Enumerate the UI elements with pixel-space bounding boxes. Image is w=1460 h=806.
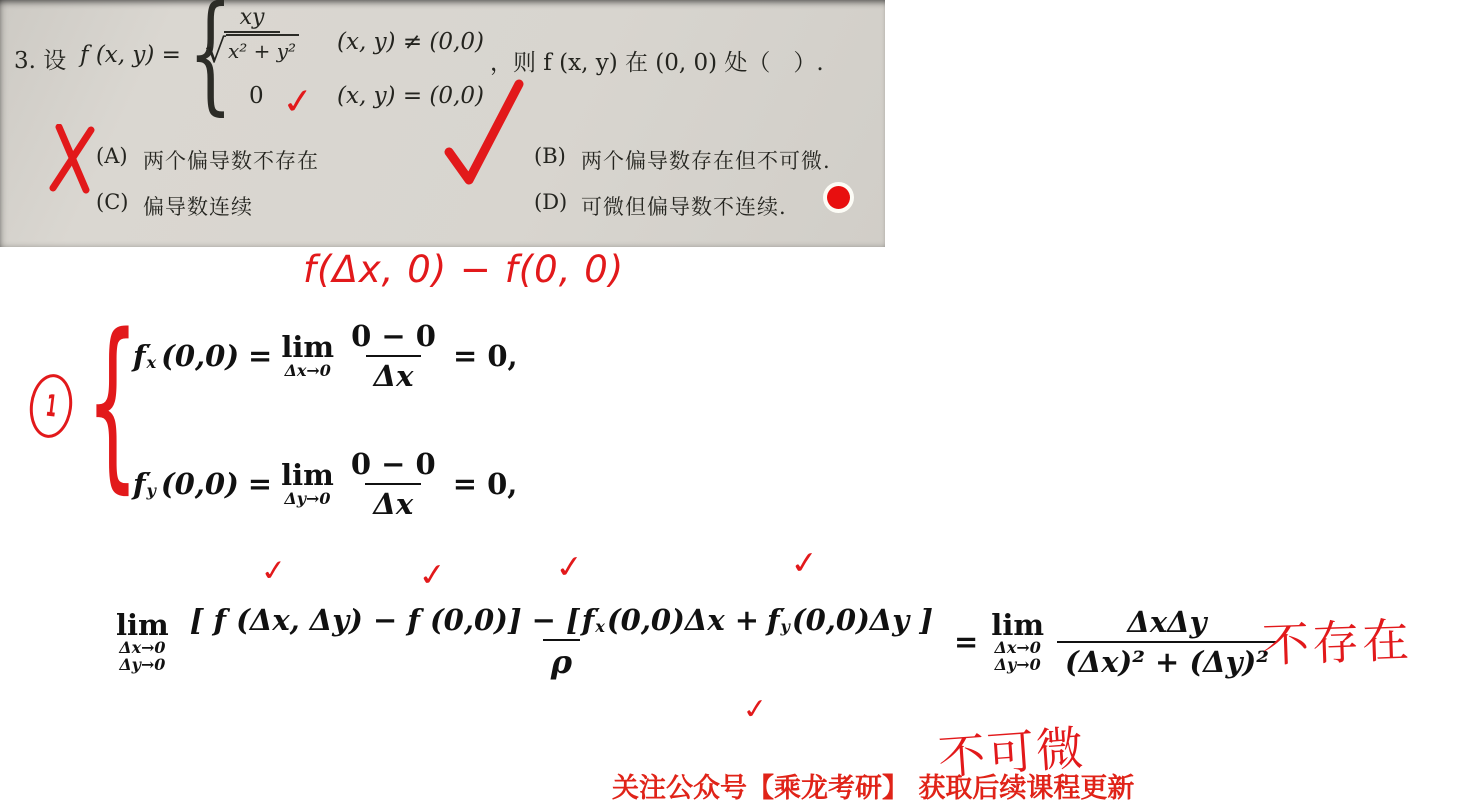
option-d-label: (D) (534, 190, 567, 214)
lim-subscript-2: Δy→0 (119, 657, 165, 674)
fraction-numerator: 0 − 0 (343, 319, 444, 355)
lim-word: lim (991, 610, 1044, 640)
right-denominator: (Δx)² + (Δy)² (1057, 641, 1277, 679)
check-icon: ✓ (258, 552, 289, 588)
piecewise-fraction: xy √ x² + y² (203, 5, 301, 67)
equals-sign: = (248, 467, 272, 501)
check-icon: ✓ (416, 556, 450, 595)
prime-mark: ′ (146, 473, 155, 486)
radical-sign: √ (205, 34, 226, 67)
equals-sign: = (248, 339, 272, 373)
handwritten-not-differentiable-note: 不可微 (936, 711, 1087, 788)
prime-mark: ′ (781, 609, 790, 622)
args: (0,0) (161, 467, 239, 501)
fy-term-tail: (0,0)Δy ] (792, 603, 933, 637)
numerator-open: [ f (Δx, Δy) − f (0,0)] − [ (190, 603, 580, 637)
check-icon: ✓ (740, 692, 770, 726)
formula-fy-derivative: f ′ y (0,0) = lim Δy→0 0 − 0 Δx = 0, (133, 438, 517, 530)
formula-differentiability-limit: lim Δx→0 Δy→0 [ f (Δx, Δy) − f (0,0)] − … (116, 572, 1277, 712)
f-symbol: f (133, 339, 145, 373)
lim-subscript: Δy→0 (284, 491, 330, 508)
check-icon: ✓ (553, 548, 587, 587)
option-c-text: 偏导数连续 (143, 191, 253, 221)
piecewise-zero: 0 (249, 83, 264, 109)
cross-icon (46, 124, 100, 196)
option-b-text: 两个偏导数存在但不可微. (581, 145, 831, 175)
problem-tail-text: ，则 f (x, y) 在 (0, 0) 处（ ）. (490, 44, 824, 77)
denominator-rho: ρ (543, 639, 580, 681)
check-icon: ✓ (788, 544, 822, 583)
problem-number-lead: 3. 设 (14, 42, 66, 75)
formula-fx-derivative: f ′ x (0,0) = lim Δx→0 0 − 0 Δx = 0, (133, 310, 518, 402)
lim-word: lim (281, 460, 334, 490)
step-number: 1 (44, 388, 59, 424)
function-definition: f (x, y) = (80, 42, 181, 68)
check-icon: ✓ (279, 80, 317, 124)
handwritten-not-exist-note: 不存在 (1261, 603, 1413, 675)
option-a-text: 两个偏导数不存在 (143, 145, 319, 175)
circled-step-number: 1 (26, 372, 75, 441)
lim-subscript: Δx→0 (285, 363, 331, 380)
f-symbol: f (582, 603, 594, 637)
args: (0,0) (161, 339, 239, 373)
result: = 0, (453, 339, 518, 373)
condition-nonzero: (x, y) ≠ (0,0) (337, 29, 484, 55)
right-numerator: ΔxΔy (1119, 605, 1214, 641)
fraction-denominator: Δx (366, 355, 422, 393)
lim-subscript-2: Δy→0 (995, 657, 1041, 674)
f-symbol: f (133, 467, 145, 501)
fraction-numerator: xy (224, 5, 281, 33)
option-b-label: (B) (534, 144, 566, 168)
result: = 0, (453, 467, 518, 501)
fx-term-tail: (0,0)Δx + (607, 603, 759, 637)
handwritten-increment-note: f(Δx, 0) − f(0, 0) (303, 248, 624, 291)
check-icon (440, 78, 528, 190)
pointer-dot-icon (827, 186, 850, 209)
prime-mark: ′ (595, 609, 605, 622)
option-a-label: (A) (96, 144, 128, 168)
option-c-label: (C) (96, 190, 128, 214)
fraction-denominator: Δx (365, 483, 421, 521)
option-d-text: 可微但偏导数不连续. (581, 191, 787, 221)
equals-sign: = (954, 625, 978, 659)
lim-word: lim (281, 332, 334, 362)
prime-mark: ′ (146, 345, 156, 358)
lim-word: lim (116, 610, 169, 640)
f-symbol: f (767, 603, 779, 637)
handwritten-brace: { (86, 330, 139, 475)
radicand: x² + y² (226, 34, 299, 63)
fraction-numerator: 0 − 0 (343, 447, 444, 483)
